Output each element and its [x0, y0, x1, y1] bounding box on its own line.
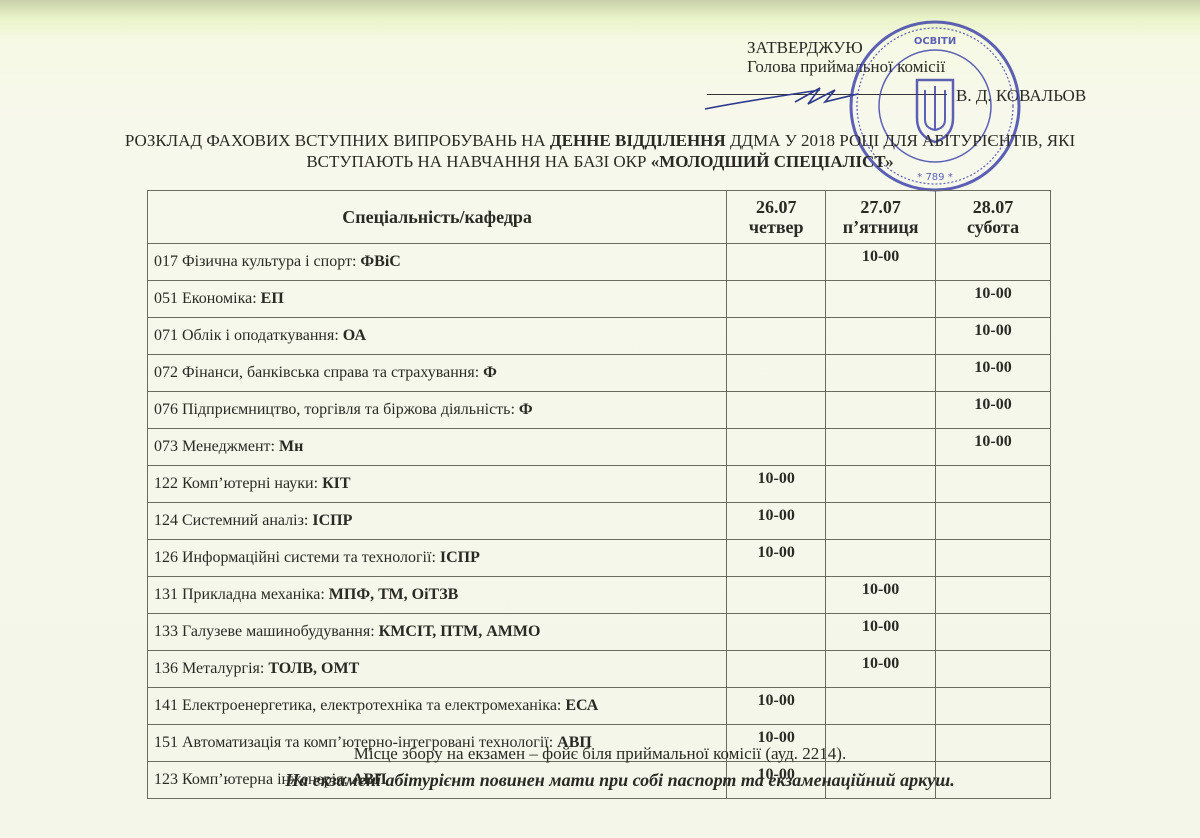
time-slot-cell — [936, 466, 1051, 503]
title-bold: ДЕННЕ ВІДДІЛЕННЯ — [550, 131, 726, 150]
title-text: РОЗКЛАД ФАХОВИХ ВСТУПНИХ ВИПРОБУВАНЬ НА — [125, 131, 550, 150]
time-slot-cell — [936, 577, 1051, 614]
time-slot-cell — [727, 355, 826, 392]
department-code: Ф — [519, 401, 533, 418]
specialty-name: 073 Менеджмент: — [154, 438, 279, 455]
department-code: ІСПР — [312, 512, 352, 529]
table-row: 051 Економіка: ЕП10-00 — [148, 281, 1051, 318]
specialty-cell: 122 Комп’ютерні науки: КІТ — [148, 466, 727, 503]
time-slot-cell — [727, 651, 826, 688]
specialty-cell: 133 Галузеве машинобудування: КМСІТ, ПТМ… — [148, 614, 727, 651]
specialty-name: 071 Облік і оподаткування: — [154, 327, 343, 344]
signature-icon — [700, 84, 860, 114]
table-row: 073 Менеджмент: Мн10-00 — [148, 429, 1051, 466]
specialty-name: 141 Електроенергетика, електротехніка та… — [154, 697, 565, 714]
title-line2: ВСТУПАЮТЬ НА НАВЧАННЯ НА БАЗІ ОКР — [306, 152, 650, 171]
time-slot-cell: 10-00 — [936, 281, 1051, 318]
department-code: ІСПР — [440, 549, 480, 566]
table-row: 126 Информаційні системи та технології: … — [148, 540, 1051, 577]
specialty-name: 126 Информаційні системи та технології: — [154, 549, 440, 566]
time-slot-cell — [727, 244, 826, 281]
department-code: ЕСА — [565, 697, 598, 714]
day-date: 26.07 — [727, 197, 825, 217]
day-weekday: четвер — [727, 217, 825, 237]
title-text-2: ДДМА У 2018 РОЦІ ДЛЯ АБІТУРІЄНТІВ, ЯКІ — [726, 131, 1075, 150]
time-slot-cell — [936, 688, 1051, 725]
day-weekday: п’ятниця — [826, 217, 935, 237]
time-slot-cell: 10-00 — [936, 318, 1051, 355]
specialty-cell: 124 Системний аналіз: ІСПР — [148, 503, 727, 540]
time-slot-cell — [826, 392, 936, 429]
time-slot-cell — [826, 540, 936, 577]
specialty-name: 133 Галузеве машинобудування: — [154, 623, 379, 640]
time-slot-cell — [727, 614, 826, 651]
specialty-name: 017 Фізична культура і спорт: — [154, 253, 360, 270]
svg-text:ОСВІТИ: ОСВІТИ — [914, 36, 956, 47]
specialty-cell: 073 Менеджмент: Мн — [148, 429, 727, 466]
time-slot-cell — [826, 318, 936, 355]
title-line2-bold: «МОЛОДШИЙ СПЕЦІАЛІСТ» — [651, 152, 894, 171]
exam-note: На екзамені абітурієнт повинен мати при … — [0, 770, 1200, 791]
table-row: 122 Комп’ютерні науки: КІТ10-00 — [148, 466, 1051, 503]
specialty-name: 076 Підприємництво, торгівля та біржова … — [154, 401, 519, 418]
department-code: ЕП — [261, 290, 284, 307]
time-slot-cell — [826, 466, 936, 503]
time-slot-cell — [826, 429, 936, 466]
svg-text:* 789 *: * 789 * — [917, 172, 952, 183]
document-title: РОЗКЛАД ФАХОВИХ ВСТУПНИХ ВИПРОБУВАНЬ НА … — [0, 130, 1200, 172]
specialty-name: 051 Економіка: — [154, 290, 261, 307]
specialty-cell: 017 Фізична культура і спорт: ФВіС — [148, 244, 727, 281]
department-code: Ф — [483, 364, 497, 381]
time-slot-cell — [727, 429, 826, 466]
day-date: 27.07 — [826, 197, 935, 217]
specialty-cell: 141 Електроенергетика, електротехніка та… — [148, 688, 727, 725]
department-code: Мн — [279, 438, 303, 455]
time-slot-cell: 10-00 — [936, 392, 1051, 429]
table-row: 136 Металургія: ТОЛВ, ОМТ10-00 — [148, 651, 1051, 688]
table-row: 124 Системний аналіз: ІСПР10-00 — [148, 503, 1051, 540]
table-header-row: Спеціальність/кафедра 26.07четвер 27.07п… — [148, 191, 1051, 244]
specialty-cell: 131 Прикладна механіка: МПФ, ТМ, ОіТЗВ — [148, 577, 727, 614]
table-row: 133 Галузеве машинобудування: КМСІТ, ПТМ… — [148, 614, 1051, 651]
specialty-name: 122 Комп’ютерні науки: — [154, 475, 322, 492]
time-slot-cell — [727, 392, 826, 429]
specialty-name: 136 Металургія: — [154, 660, 268, 677]
header-specialty: Спеціальність/кафедра — [148, 191, 727, 244]
time-slot-cell: 10-00 — [826, 577, 936, 614]
specialty-name: 072 Фінанси, банківська справа та страху… — [154, 364, 483, 381]
time-slot-cell — [727, 281, 826, 318]
time-slot-cell — [826, 503, 936, 540]
time-slot-cell: 10-00 — [826, 244, 936, 281]
time-slot-cell — [936, 651, 1051, 688]
department-code: КМСІТ, ПТМ, АММО — [379, 623, 541, 640]
table-row: 071 Облік і оподаткування: ОА10-00 — [148, 318, 1051, 355]
time-slot-cell: 10-00 — [826, 614, 936, 651]
time-slot-cell: 10-00 — [727, 540, 826, 577]
specialty-cell: 136 Металургія: ТОЛВ, ОМТ — [148, 651, 727, 688]
time-slot-cell — [826, 281, 936, 318]
time-slot-cell: 10-00 — [727, 503, 826, 540]
table-row: 017 Фізична культура і спорт: ФВіС10-00 — [148, 244, 1051, 281]
specialty-cell: 071 Облік і оподаткування: ОА — [148, 318, 727, 355]
department-code: МПФ, ТМ, ОіТЗВ — [329, 586, 459, 603]
day-weekday: субота — [936, 217, 1050, 237]
time-slot-cell: 10-00 — [727, 688, 826, 725]
header-day: 28.07субота — [936, 191, 1051, 244]
table-row: 131 Прикладна механіка: МПФ, ТМ, ОіТЗВ10… — [148, 577, 1051, 614]
time-slot-cell — [727, 577, 826, 614]
meeting-place: Місце збору на екзамен – фойє біля прийм… — [0, 744, 1200, 764]
time-slot-cell — [936, 614, 1051, 651]
specialty-cell: 072 Фінанси, банківська справа та страху… — [148, 355, 727, 392]
header-day: 26.07четвер — [727, 191, 826, 244]
header-day: 27.07п’ятниця — [826, 191, 936, 244]
time-slot-cell — [936, 244, 1051, 281]
specialty-name: 124 Системний аналіз: — [154, 512, 312, 529]
time-slot-cell — [826, 355, 936, 392]
table-row: 072 Фінанси, банківська справа та страху… — [148, 355, 1051, 392]
specialty-cell: 051 Економіка: ЕП — [148, 281, 727, 318]
time-slot-cell — [727, 318, 826, 355]
department-code: ФВіС — [360, 253, 400, 270]
department-code: КІТ — [322, 475, 351, 492]
time-slot-cell — [826, 688, 936, 725]
time-slot-cell — [936, 503, 1051, 540]
day-date: 28.07 — [936, 197, 1050, 217]
department-code: ОА — [343, 327, 366, 344]
specialty-cell: 076 Підприємництво, торгівля та біржова … — [148, 392, 727, 429]
specialty-name: 131 Прикладна механіка: — [154, 586, 329, 603]
time-slot-cell — [936, 540, 1051, 577]
time-slot-cell: 10-00 — [936, 429, 1051, 466]
schedule-table: Спеціальність/кафедра 26.07четвер 27.07п… — [147, 190, 1051, 799]
department-code: ТОЛВ, ОМТ — [268, 660, 359, 677]
table-row: 141 Електроенергетика, електротехніка та… — [148, 688, 1051, 725]
specialty-cell: 126 Информаційні системи та технології: … — [148, 540, 727, 577]
time-slot-cell: 10-00 — [826, 651, 936, 688]
time-slot-cell: 10-00 — [727, 466, 826, 503]
time-slot-cell: 10-00 — [936, 355, 1051, 392]
table-row: 076 Підприємництво, торгівля та біржова … — [148, 392, 1051, 429]
